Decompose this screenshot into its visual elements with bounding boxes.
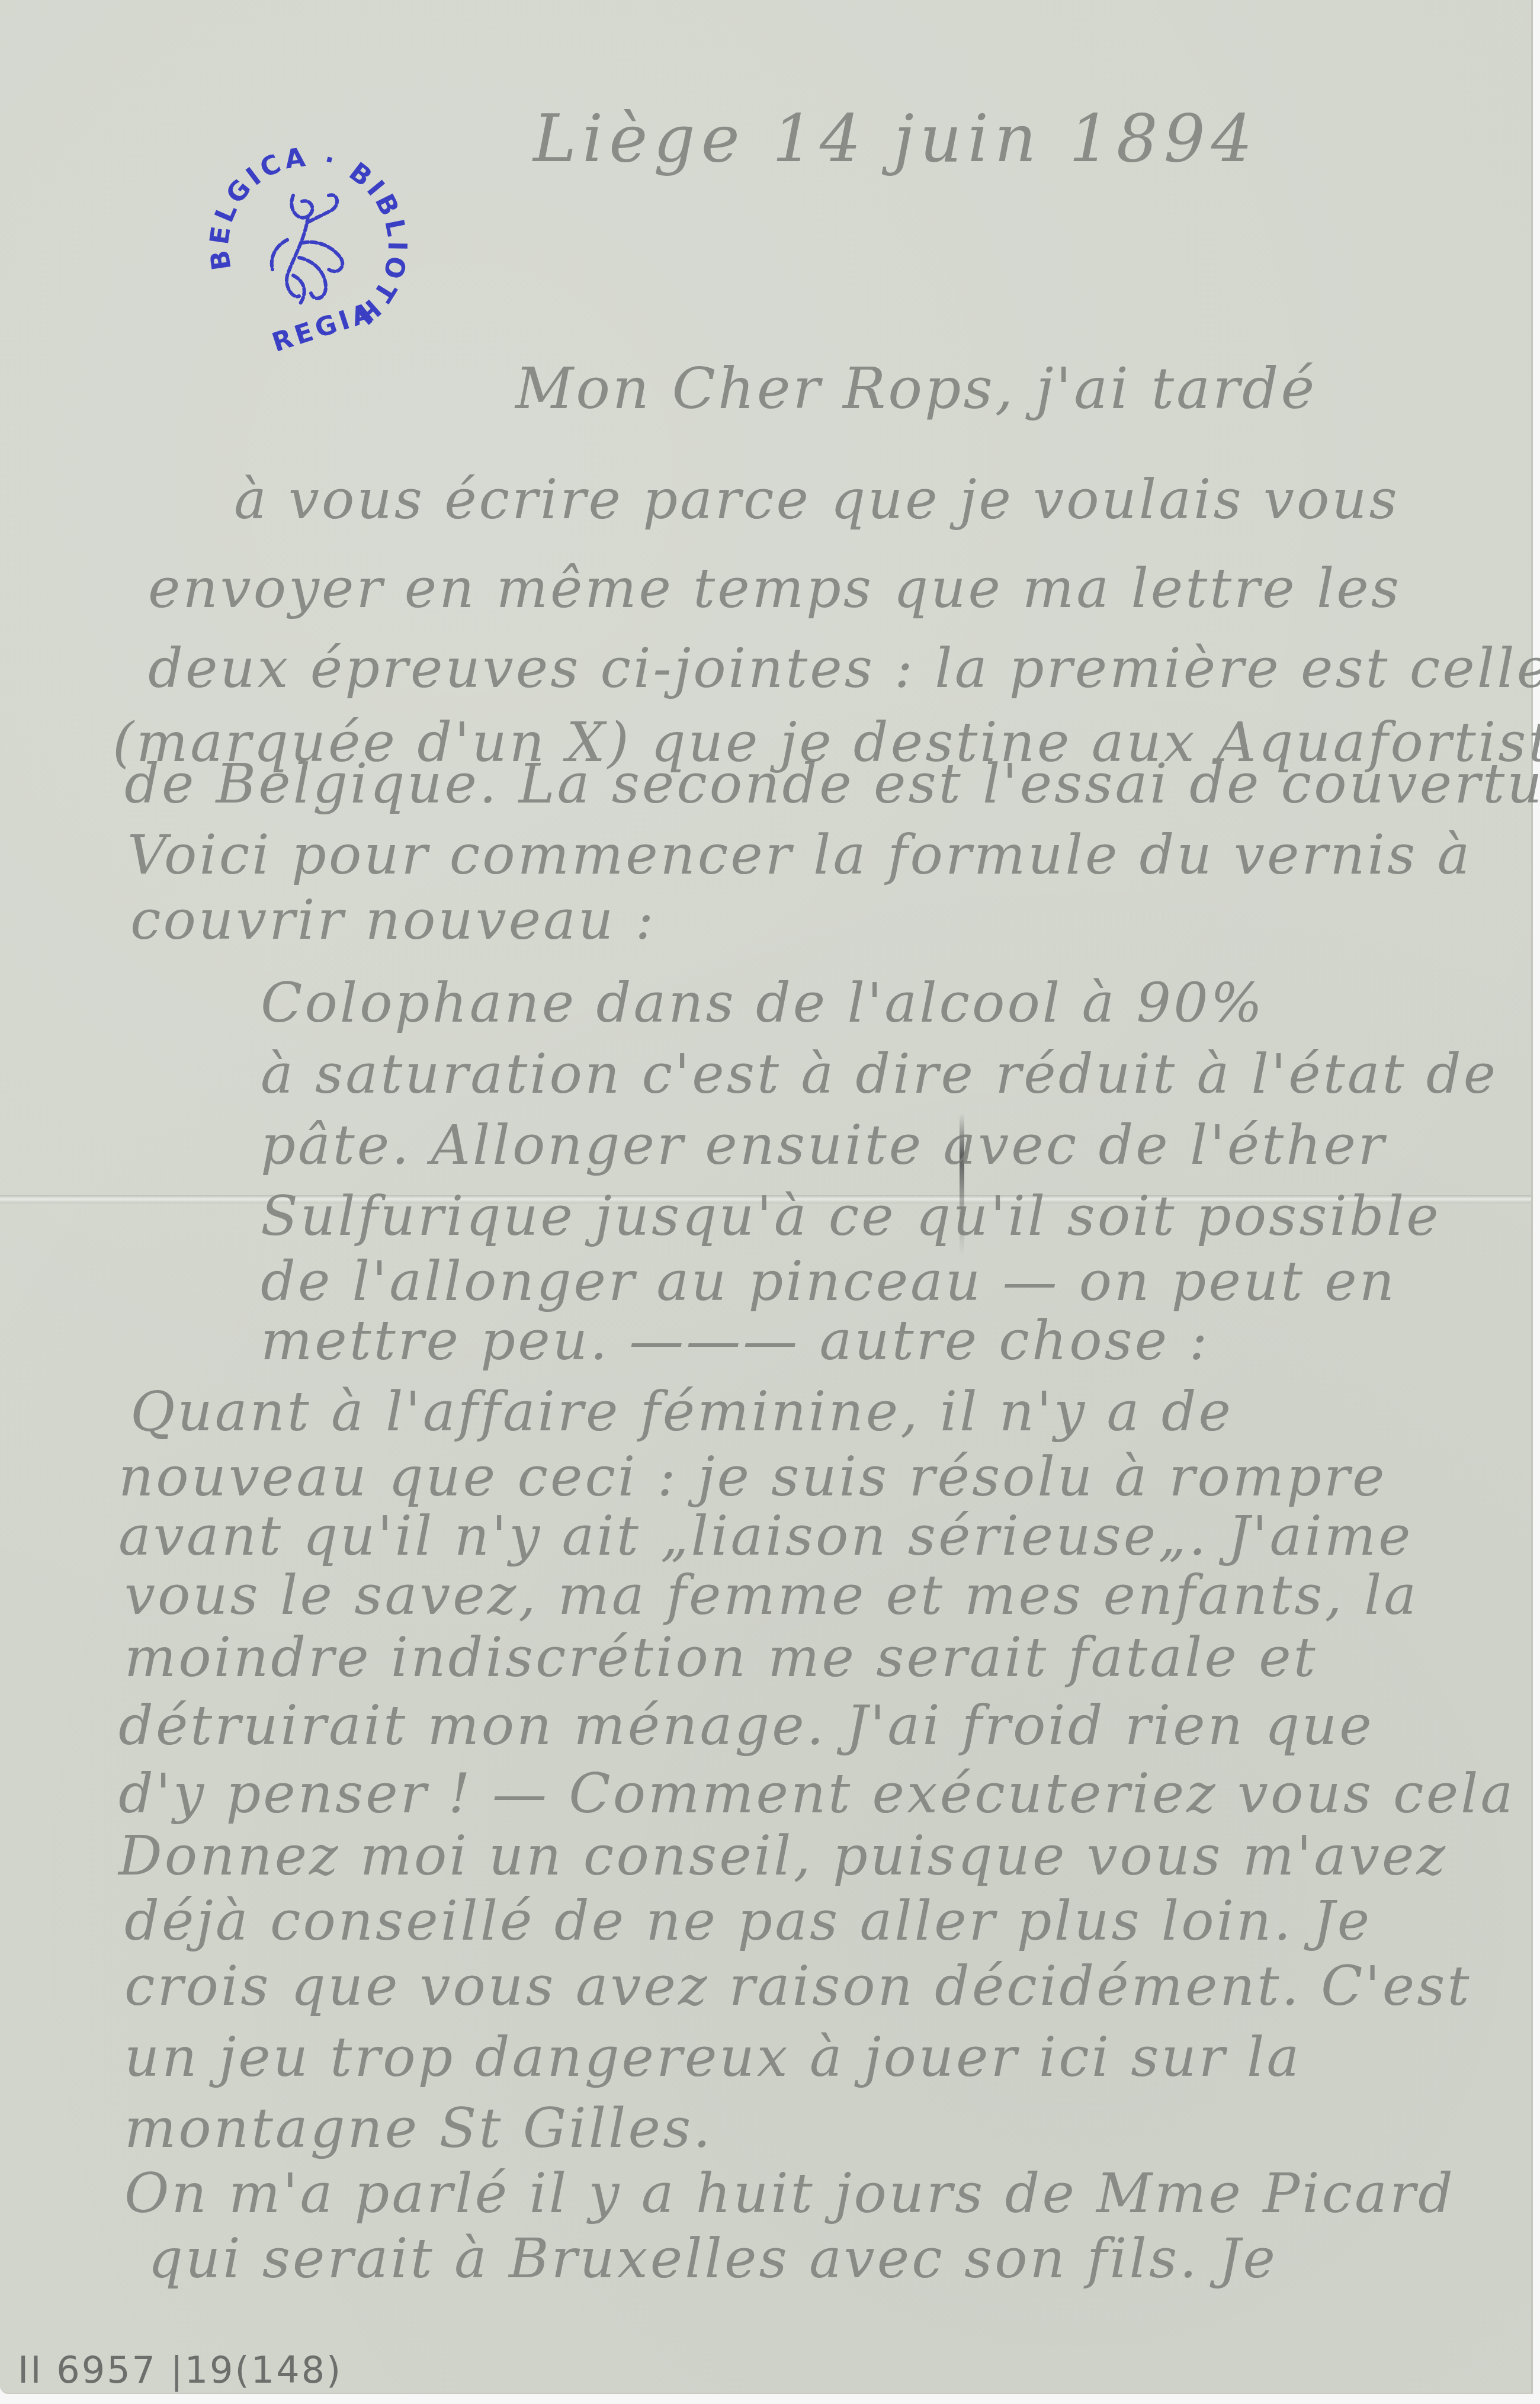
recipe-line: mettre peu. ——— autre chose : xyxy=(261,1309,1209,1372)
lion-rampant-icon: BELGICA · BIBLIOTHECA REGIA xyxy=(204,139,418,352)
letter-line: crois que vous avez raison décidément. C… xyxy=(124,1954,1471,2018)
library-stamp: BELGICA · BIBLIOTHECA REGIA xyxy=(204,139,418,352)
letter-line: déjà conseillé de ne pas aller plus loin… xyxy=(124,1889,1372,1953)
letter-line: On m'a parlé il y a huit jours de Mme Pi… xyxy=(124,2162,1455,2225)
letter-line: avant qu'il n'y ait „liaison sérieuse„. … xyxy=(118,1504,1413,1568)
letter-line: Quant à l'affaire féminine, il n'y a de xyxy=(130,1380,1233,1443)
letter-line: Voici pour commencer la formule du verni… xyxy=(127,823,1472,887)
letter-line: un jeu trop dangereux à jouer ici sur la xyxy=(124,2026,1301,2089)
recipe-line: à saturation c'est à dire réduit à l'éta… xyxy=(261,1042,1498,1106)
letter-line: Donnez moi un conseil, puisque vous m'av… xyxy=(118,1824,1448,1888)
letter-line: deux épreuves ci-jointes : la première e… xyxy=(148,637,1540,700)
recipe-line: pâte. Allonger ensuite avec de l'éther xyxy=(261,1113,1387,1177)
letter-page: BELGICA · BIBLIOTHECA REGIA Liège 14 jui… xyxy=(0,0,1533,2394)
letter-line: à vous écrire parce que je voulais vous xyxy=(234,468,1400,531)
svg-text:REGIA: REGIA xyxy=(268,297,379,352)
recipe-line: Sulfurique jusqu'à ce qu'il soit possibl… xyxy=(261,1185,1441,1248)
letter-line: montagne St Gilles. xyxy=(124,2097,713,2160)
recipe-line: de l'allonger au pinceau — on peut en xyxy=(261,1250,1397,1313)
letter-line: qui serait à Bruxelles avec son fils. Je xyxy=(148,2227,1278,2290)
svg-text:BELGICA · BIBLIOTHECA: BELGICA · BIBLIOTHECA xyxy=(204,139,412,332)
letter-line: moindre indiscrétion me serait fatale et xyxy=(124,1626,1318,1689)
letter-line: détruirait mon ménage. J'ai froid rien q… xyxy=(118,1694,1374,1757)
recipe-line: Colophane dans de l'alcool à 90% xyxy=(261,971,1265,1035)
letter-line: de Belgique. La seconde est l'essai de c… xyxy=(124,752,1540,816)
place-date: Liège 14 juin 1894 xyxy=(533,101,1259,176)
letter-line: envoyer en même temps que ma lettre les xyxy=(148,557,1401,620)
letter-line: d'y penser ! — Comment exécuteriez vous … xyxy=(118,1762,1540,1825)
shelfmark: II 6957 |19(148) xyxy=(18,2348,342,2392)
letter-line: vous le savez, ma femme et mes enfants, … xyxy=(124,1564,1419,1627)
salutation-line: Mon Cher Rops, j'ai tardé xyxy=(515,355,1317,422)
letter-line: couvrir nouveau : xyxy=(130,888,656,952)
letter-line: nouveau que ceci : je suis résolu à romp… xyxy=(118,1445,1387,1508)
